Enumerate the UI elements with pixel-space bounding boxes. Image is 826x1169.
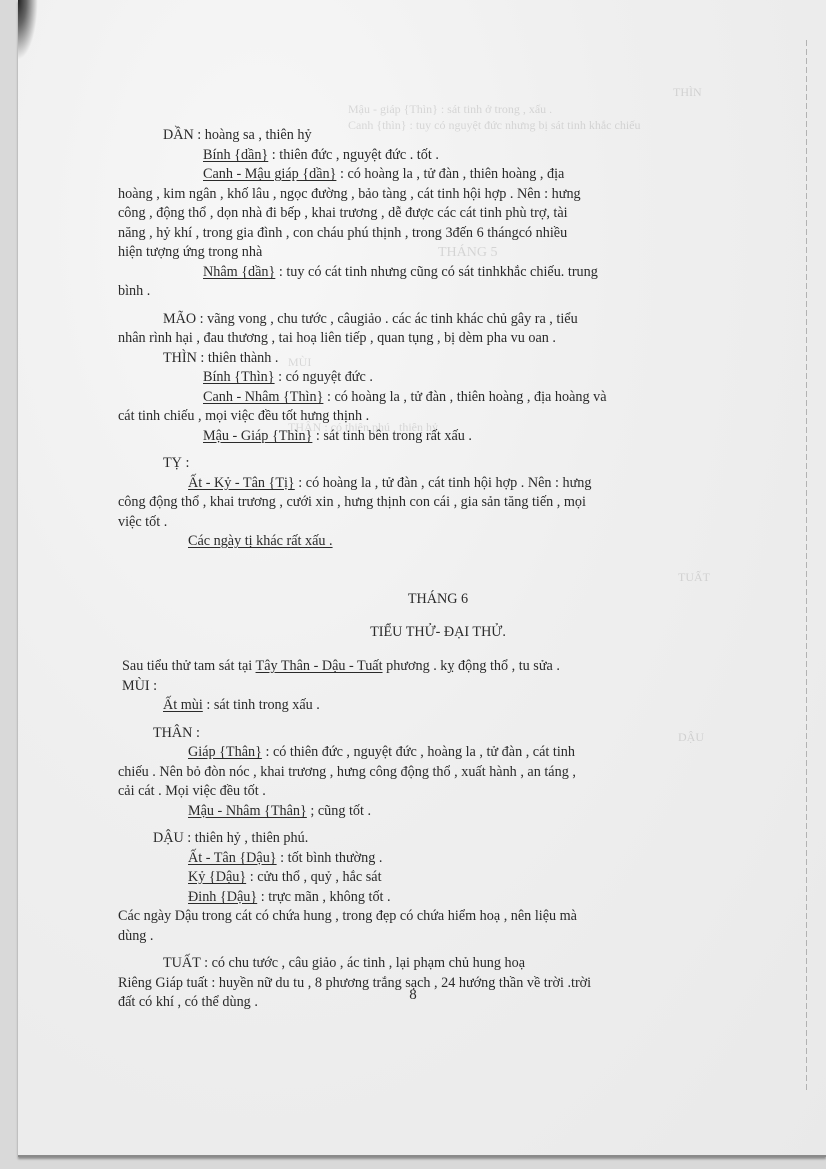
dan-canh-entry: Canh - Mậu giáp {dần} : có hoàng la , tử… <box>118 165 758 185</box>
mui-at-entry: Ất mùi : sát tinh trong xấu . <box>118 696 758 716</box>
scan-edge-shadow <box>18 0 38 60</box>
ti-at-cont: công động thổ , khai trương , cưới xin ,… <box>118 493 758 513</box>
thin-mau-label: Mậu - Giáp {Thìn} <box>203 428 312 444</box>
dan-canh-cont: năng , hỷ khí , trong gia đình , con chá… <box>118 224 758 244</box>
dau-at-entry: Ất - Tân {Dậu} : tốt bình thường . <box>118 849 758 869</box>
dan-nham-text: : tuy có cát tinh nhưng cũng có sát tinh… <box>275 264 598 280</box>
than-giap-entry: Giáp {Thân} : có thiên đức , nguyệt đức … <box>118 743 758 763</box>
ti-other: Các ngày tị khác rất xấu . <box>118 532 758 552</box>
dau-ky-entry: Kỷ {Dậu} : cửu thổ , quỷ , hắc sát <box>118 868 758 888</box>
dau-note: Các ngày Dậu trong cát có chứa hung , tr… <box>118 907 758 927</box>
document-body: DẦN : hoàng sa , thiên hỷ Bính {dần} : t… <box>118 126 758 1013</box>
bleed-through-text: THÌN <box>673 85 702 100</box>
dau-heading: DẬU : thiên hỷ , thiên phú. <box>118 829 758 849</box>
than-giap-cont: cải cát . Mọi việc đều tốt . <box>118 782 758 802</box>
mao-text-cont: nhân rình hại , đau thương , tai hoạ liê… <box>118 329 758 349</box>
mui-at-text: : sát tinh trong xấu . <box>203 697 320 713</box>
dan-binh-entry: Bính {dần} : thiên đức , nguyệt đức . tố… <box>118 146 758 166</box>
thin-binh-label: Bính {Thìn} <box>203 369 275 385</box>
month-intro-direction: Tây Thân - Dậu - Tuất <box>256 658 383 674</box>
mao-text: MÃO : vãng vong , chu tước , câugiảo . c… <box>118 310 758 330</box>
dan-nham-entry: Nhâm {dần} : tuy có cát tinh nhưng cũng … <box>118 263 758 283</box>
thin-canh-entry: Canh - Nhâm {Thìn} : có hoàng la , tử đà… <box>118 388 758 408</box>
month-intro-text: Sau tiểu thử tam sát tại <box>122 658 256 674</box>
dan-canh-cont: công , động thổ , dọn nhà đi bếp , khai … <box>118 204 758 224</box>
dan-canh-cont: hoàng , kim ngân , khố lâu , ngọc đường … <box>118 185 758 205</box>
than-mau-entry: Mậu - Nhâm {Thân} ; cũng tốt . <box>118 802 758 822</box>
dan-nham-label: Nhâm {dần} <box>203 264 275 280</box>
than-giap-text: : có thiên đức , nguyệt đức , hoàng la ,… <box>262 744 575 760</box>
dau-dinh-text: : trực mãn , không tốt . <box>257 889 390 905</box>
dau-at-label: Ất - Tân {Dậu} <box>188 850 277 866</box>
dau-ky-label: Kỷ {Dậu} <box>188 869 246 885</box>
ti-at-text: : có hoàng la , tử đàn , cát tinh hội hợ… <box>295 475 592 491</box>
dau-ky-text: : cửu thổ , quỷ , hắc sát <box>246 869 381 885</box>
than-heading: THÂN : <box>118 724 758 744</box>
thin-binh-text: : có nguyệt đức . <box>275 369 373 385</box>
dan-nham-cont: bình . <box>118 282 758 302</box>
bleed-through-text: Mậu - giáp {Thìn} : sát tinh ở trong , x… <box>348 102 552 117</box>
dan-heading: DẦN : hoàng sa , thiên hỷ <box>118 126 758 146</box>
ti-at-entry: Ất - Kỷ - Tân {Tị} : có hoàng la , tử đà… <box>118 474 758 494</box>
than-mau-text: ; cũng tốt . <box>307 803 371 819</box>
dan-binh-text: : thiên đức , nguyệt đức . tốt . <box>268 147 439 163</box>
dan-canh-text: : có hoàng la , tử đàn , thiên hoàng , đ… <box>336 166 564 182</box>
dau-at-text: : tốt bình thường . <box>277 850 383 866</box>
month-intro: Sau tiểu thử tam sát tại Tây Thân - Dậu … <box>118 657 758 677</box>
thin-mau-entry: Mậu - Giáp {Thìn} : sát tinh bên trong r… <box>118 427 758 447</box>
ti-other-text: Các ngày tị khác rất xấu . <box>188 533 333 549</box>
month-intro-text: phương . kỵ động thổ , tu sửa . <box>383 658 560 674</box>
thin-canh-text: : có hoàng la , tử đàn , thiên hoàng , đ… <box>323 389 606 405</box>
dau-note-cont: dùng . <box>118 927 758 947</box>
ti-at-label: Ất - Kỷ - Tân {Tị} <box>188 475 295 491</box>
dan-binh-label: Bính {dần} <box>203 147 268 163</box>
thin-canh-cont: cát tinh chiếu , mọi việc đều tốt hưng t… <box>118 407 758 427</box>
thin-canh-label: Canh - Nhâm {Thìn} <box>203 389 323 405</box>
thin-mau-text: : sát tinh bên trong rất xấu . <box>312 428 472 444</box>
thin-heading: THÌN : thiên thành . <box>118 349 758 369</box>
dau-dinh-entry: Đinh {Dậu} : trực mãn , không tốt . <box>118 888 758 908</box>
than-giap-label: Giáp {Thân} <box>188 744 262 760</box>
mui-at-label: Ất mùi <box>163 697 203 713</box>
thin-binh-entry: Bính {Thìn} : có nguyệt đức . <box>118 368 758 388</box>
than-mau-label: Mậu - Nhâm {Thân} <box>188 803 307 819</box>
mui-heading: MÙI : <box>118 677 758 697</box>
than-giap-cont: chiếu . Nên bỏ đòn nóc , khai trương , h… <box>118 763 758 783</box>
dan-canh-label: Canh - Mậu giáp {dần} <box>203 166 336 182</box>
dau-dinh-label: Đinh {Dậu} <box>188 889 257 905</box>
tuat-heading: TUẤT : có chu tước , câu giảo , ác tinh … <box>118 954 758 974</box>
dan-canh-cont: hiện tượng ứng trong nhà <box>118 243 758 263</box>
ti-at-cont: việc tốt . <box>118 513 758 533</box>
page-number: 8 <box>0 987 826 1004</box>
month-subtitle: TIỂU THỬ- ĐẠI THỬ. <box>118 623 758 643</box>
ti-heading: TỴ : <box>118 454 758 474</box>
month-title: THÁNG 6 <box>118 590 758 610</box>
margin-line <box>806 40 807 1090</box>
